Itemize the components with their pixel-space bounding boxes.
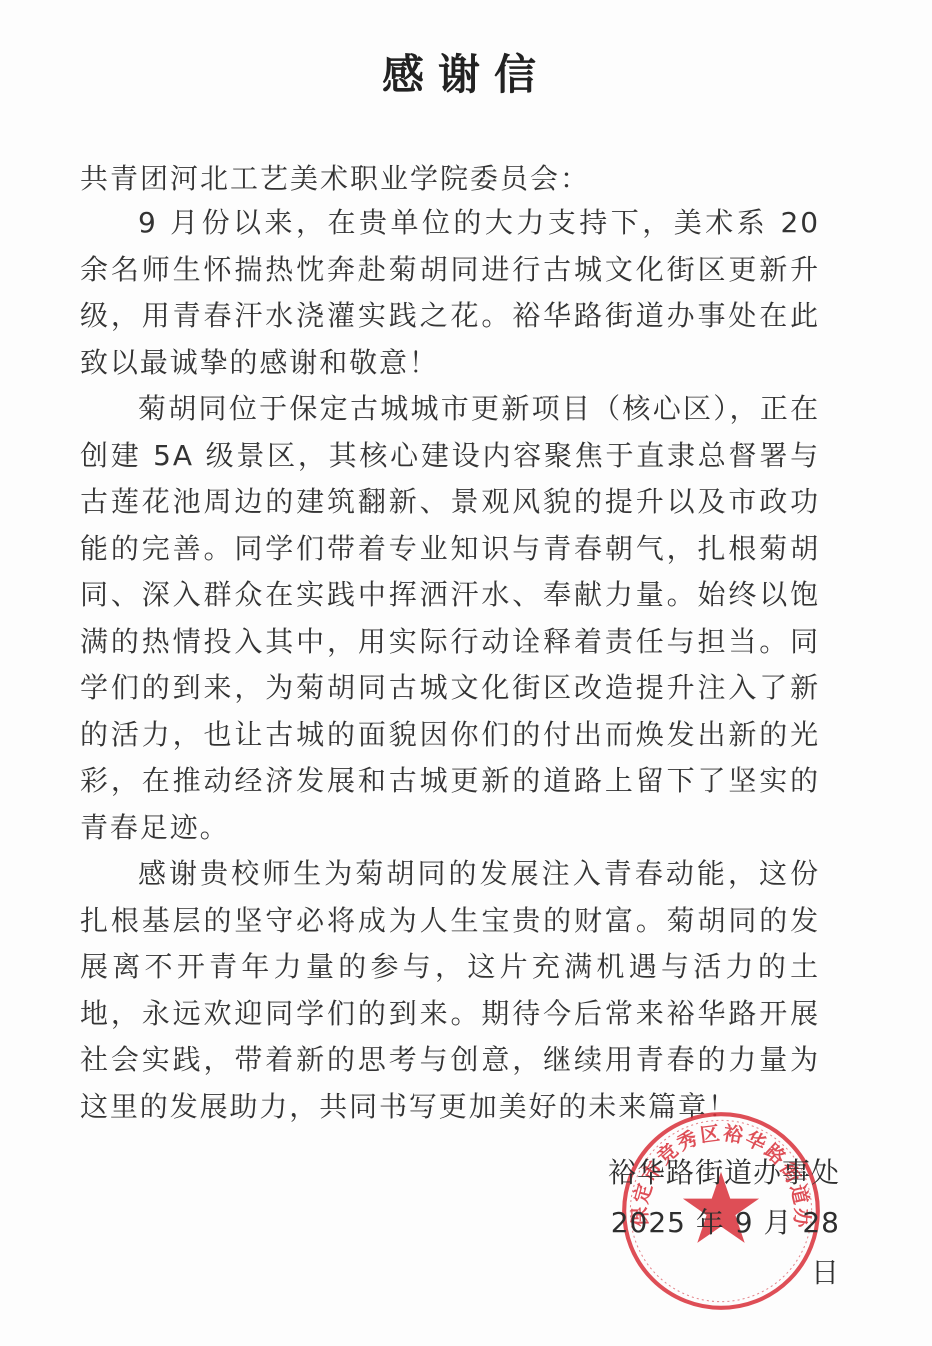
paragraph-3: 感谢贵校师生为菊胡同的发展注入青春动能，这份扎根基层的坚守必将成为人生宝贵的财富… bbox=[80, 851, 820, 1130]
signature-organization: 裕华路街道办事处 bbox=[580, 1148, 840, 1198]
signature-date: 2025 年 9 月 28 日 bbox=[580, 1198, 840, 1298]
letter-body: 9 月份以来，在贵单位的大力支持下，美术系 20 余名师生怀揣热忱奔赴菊胡同进行… bbox=[80, 200, 820, 1130]
letter-title: 感谢信 bbox=[0, 42, 932, 102]
letter-page: 感谢信 共青团河北工艺美术职业学院委员会： 9 月份以来，在贵单位的大力支持下，… bbox=[0, 0, 932, 1346]
paragraph-1: 9 月份以来，在贵单位的大力支持下，美术系 20 余名师生怀揣热忱奔赴菊胡同进行… bbox=[80, 200, 820, 386]
salutation: 共青团河北工艺美术职业学院委员会： bbox=[80, 156, 590, 202]
paragraph-2: 菊胡同位于保定古城城市更新项目（核心区），正在创建 5A 级景区，其核心建设内容… bbox=[80, 386, 820, 851]
signature-block: 裕华路街道办事处 2025 年 9 月 28 日 bbox=[580, 1148, 840, 1298]
